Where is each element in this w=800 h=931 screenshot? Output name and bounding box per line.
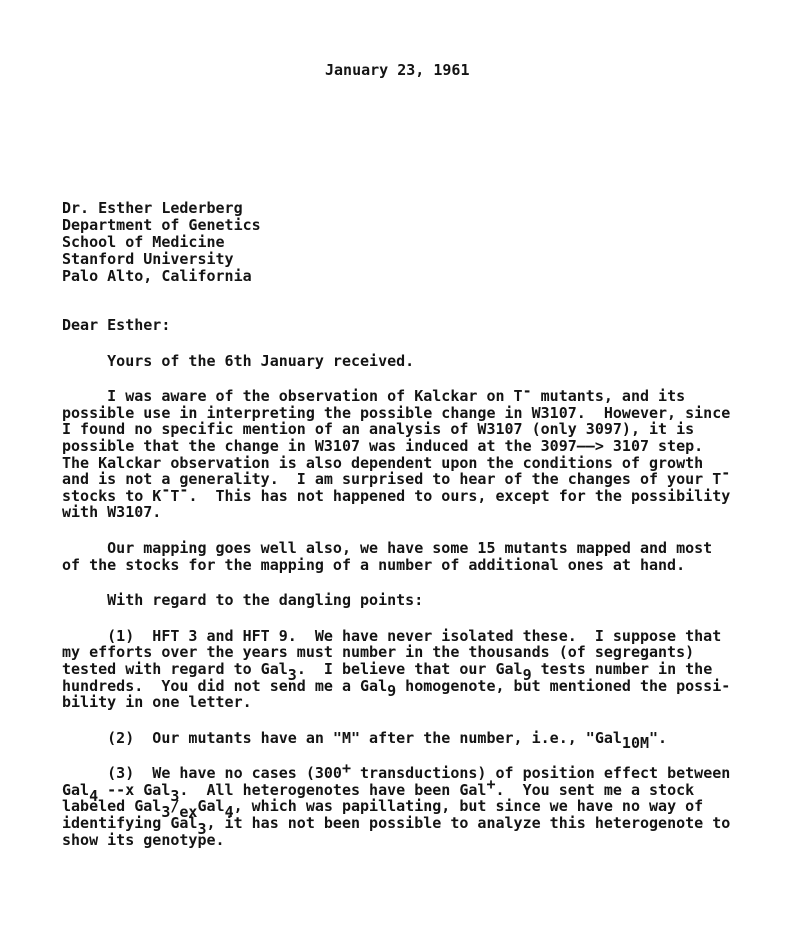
text-line: with W3107. (62, 504, 752, 521)
text-line: tested with regard to Gal3. I believe th… (62, 661, 752, 678)
superscript: - (179, 481, 188, 499)
address-line: Stanford University (62, 251, 752, 268)
subscript: 3 (161, 803, 170, 821)
subscript: 9 (523, 666, 532, 684)
superscript: - (523, 382, 532, 400)
text-line: (1) HFT 3 and HFT 9. We have never isola… (62, 628, 752, 645)
paragraph: (3) We have no cases (300+ transductions… (62, 765, 752, 848)
text-line: (2) Our mutants have an "M" after the nu… (62, 730, 752, 747)
text-line: I found no specific mention of an analys… (62, 421, 752, 438)
text-line: Gal4 --x Gal3. All heterogenotes have be… (62, 782, 752, 799)
salutation: Dear Esther: (62, 317, 752, 334)
letter-content: January 23, 1961 Dr. Esther LederbergDep… (0, 62, 800, 848)
recipient-address: Dr. Esther LederbergDepartment of Geneti… (62, 200, 752, 285)
text-line: Our mapping goes well also, we have some… (62, 540, 752, 557)
text-line: of the stocks for the mapping of a numbe… (62, 557, 752, 574)
letter-page: January 23, 1961 Dr. Esther LederbergDep… (0, 0, 800, 931)
address-line: Dr. Esther Lederberg (62, 200, 752, 217)
text-line: I was aware of the observation of Kalcka… (62, 388, 752, 405)
text-line: possible that the change in W3107 was in… (62, 438, 752, 455)
text-line: stocks to K-T-. This has not happened to… (62, 488, 752, 505)
superscript: + (342, 759, 351, 777)
text-line: my efforts over the years must number in… (62, 644, 752, 661)
paragraph: Yours of the 6th January received. (62, 353, 752, 370)
paragraph: Our mapping goes well also, we have some… (62, 540, 752, 573)
text-line: Yours of the 6th January received. (62, 353, 752, 370)
superscript: + (486, 775, 495, 793)
paragraph: With regard to the dangling points: (62, 592, 752, 609)
text-line: The Kalckar observation is also dependen… (62, 455, 752, 472)
subscript: 3 (288, 666, 297, 684)
text-line: bility in one letter. (62, 694, 752, 711)
address-line: Department of Genetics (62, 217, 752, 234)
subscript: ex (179, 803, 197, 821)
address-line: School of Medicine (62, 234, 752, 251)
letter-body: Yours of the 6th January received. I was… (62, 353, 752, 849)
subscript: 3 (197, 820, 206, 838)
subscript: 10M (622, 734, 649, 752)
text-line: (3) We have no cases (300+ transductions… (62, 765, 752, 782)
paragraph: (2) Our mutants have an "M" after the nu… (62, 730, 752, 747)
subscript: 9 (387, 682, 396, 700)
subscript: 4 (225, 803, 234, 821)
letter-date: January 23, 1961 (325, 62, 752, 79)
superscript: - (721, 464, 730, 482)
paragraph: (1) HFT 3 and HFT 9. We have never isola… (62, 628, 752, 711)
text-line: show its genotype. (62, 832, 752, 849)
text-line: hundreds. You did not send me a Gal9 hom… (62, 678, 752, 695)
text-line: labeled Gal3/exGal4, which was papillati… (62, 798, 752, 815)
superscript: - (161, 481, 170, 499)
paragraph: I was aware of the observation of Kalcka… (62, 388, 752, 521)
text-line: possible use in interpreting the possibl… (62, 405, 752, 422)
subscript: 3 (170, 787, 179, 805)
text-line: With regard to the dangling points: (62, 592, 752, 609)
address-line: Palo Alto, California (62, 268, 752, 285)
subscript: 4 (89, 787, 98, 805)
